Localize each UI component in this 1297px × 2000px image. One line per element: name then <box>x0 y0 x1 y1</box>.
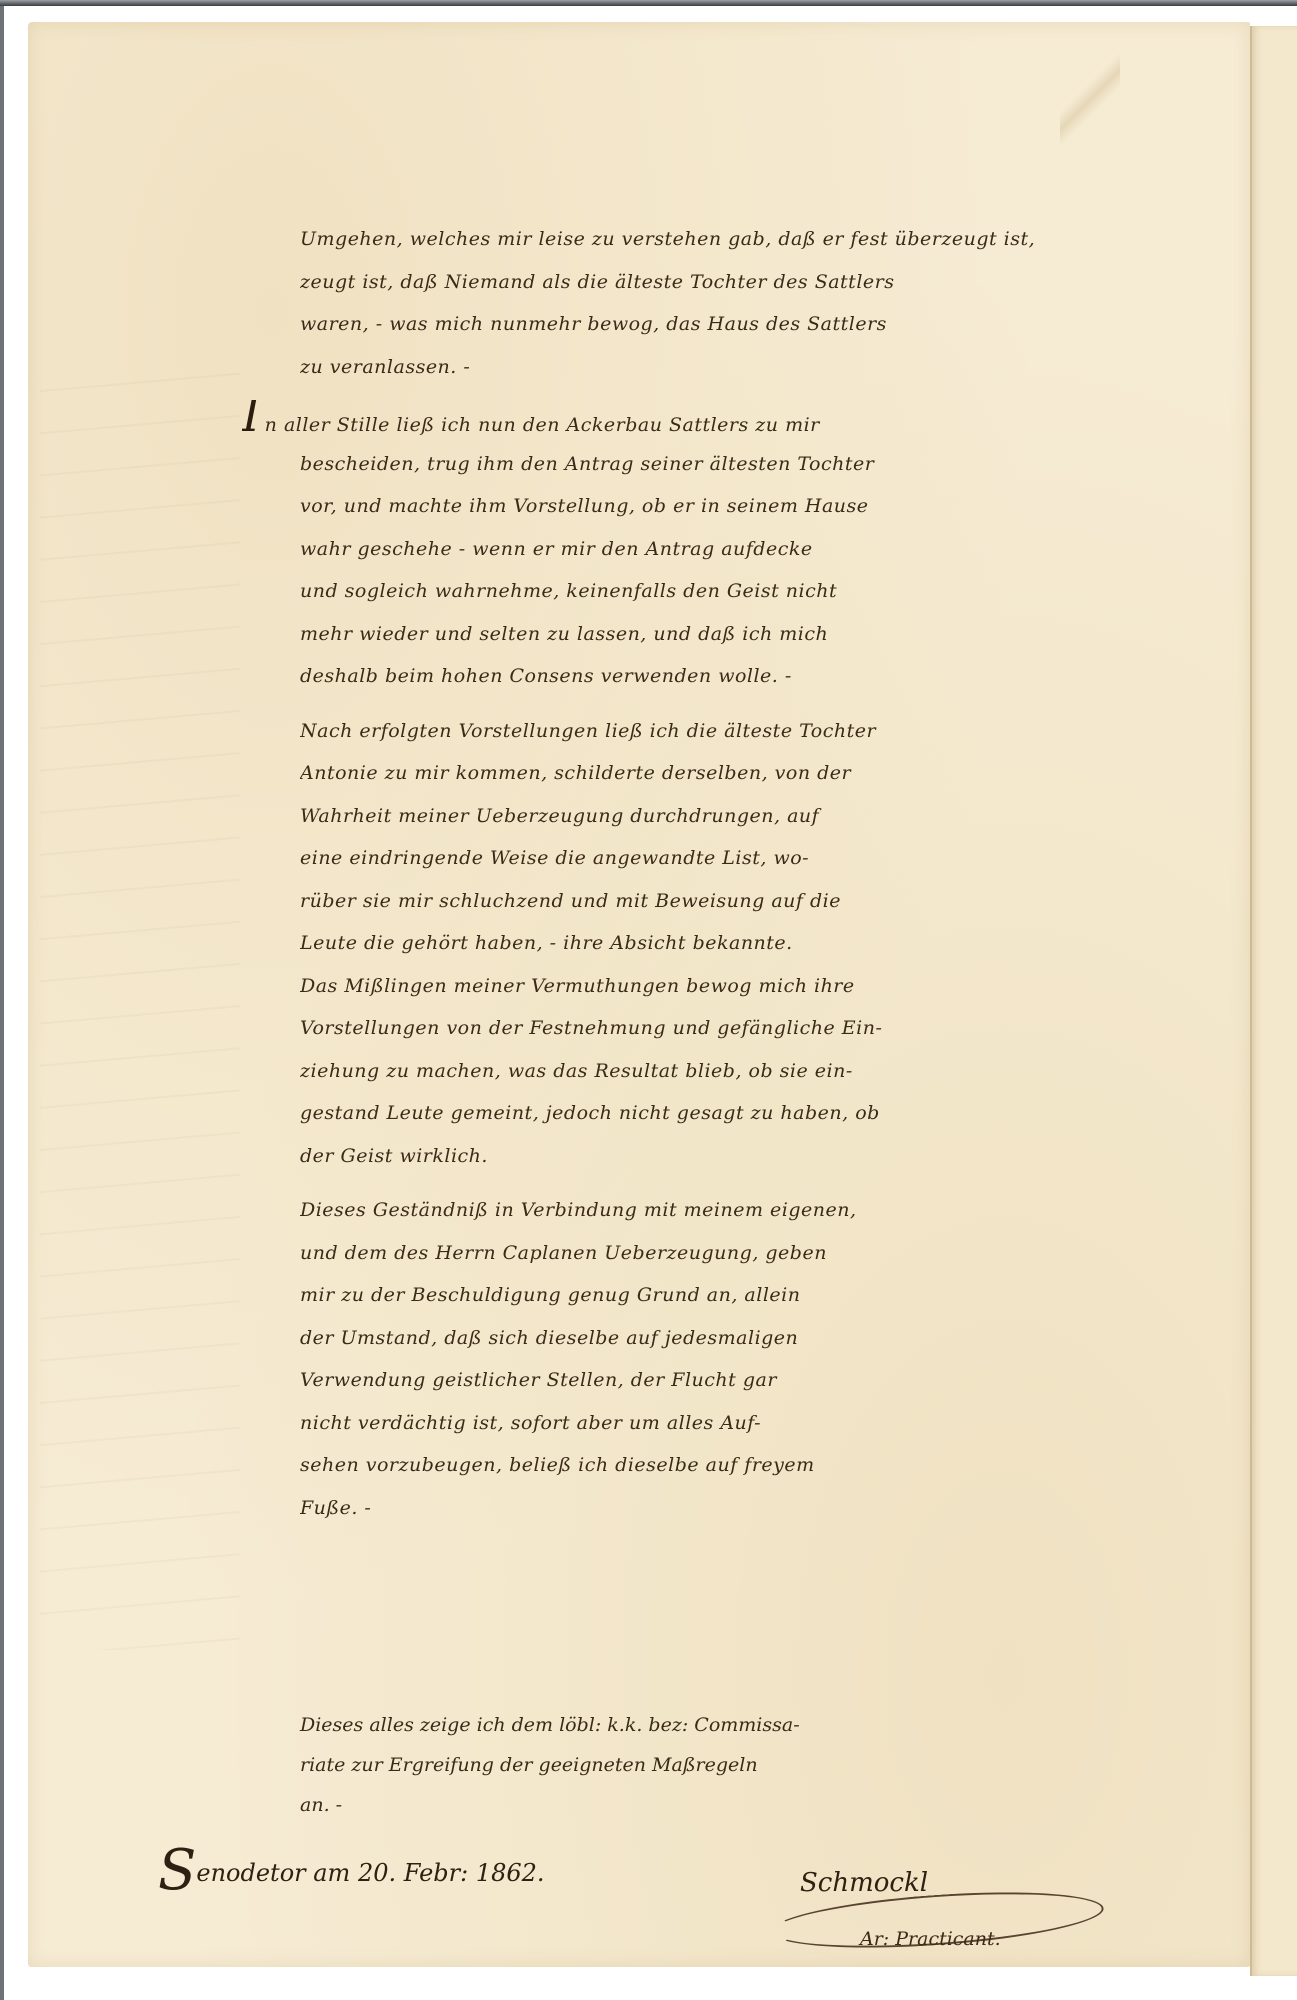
decorated-initial: I <box>242 400 261 430</box>
decorated-initial: S <box>158 1838 196 1903</box>
text-line: der Umstand, daß sich dieselbe auf jedes… <box>300 1317 1240 1360</box>
paragraph: Dieses Geständniß in Verbindung mit mein… <box>300 1189 1240 1529</box>
text-line: vor, und machte ihm Vorstellung, ob er i… <box>300 485 1240 528</box>
ink-bleed-through <box>40 350 240 1650</box>
text-line: Leute die gehört haben, - ihre Absicht b… <box>300 922 1240 965</box>
scanner-left-edge <box>0 6 4 2000</box>
paragraph: In aller Stille ließ ich nun den Ackerba… <box>300 400 1240 698</box>
signature: Schmockl <box>800 1868 928 1898</box>
text-line: sehen vorzubeugen, beließ ich dieselbe a… <box>300 1444 1240 1487</box>
text-line: In aller Stille ließ ich nun den Ackerba… <box>242 400 1240 443</box>
text-line-content: n aller Stille ließ ich nun den Ackerbau… <box>265 414 820 436</box>
text-line: mehr wieder und selten zu lassen, und da… <box>300 613 1240 656</box>
paragraph: Das Mißlingen meiner Vermuthungen bewog … <box>300 965 1240 1178</box>
text-line: Wahrheit meiner Ueberzeugung durchdrunge… <box>300 795 1240 838</box>
place-date-text: enodetor am 20. Febr: 1862. <box>196 1859 544 1887</box>
text-line: wahr geschehe - wenn er mir den Antrag a… <box>300 528 1240 571</box>
text-line: bescheiden, trug ihm den Antrag seiner ä… <box>300 443 1240 486</box>
text-line: gestand Leute gemeint, jedoch nicht gesa… <box>300 1092 1240 1135</box>
closing-paragraph: Dieses alles zeige ich dem löbl: k.k. be… <box>300 1705 1240 1825</box>
text-line: Nach erfolgten Vorstellungen ließ ich di… <box>300 710 1240 753</box>
text-line: Antonie zu mir kommen, schilderte dersel… <box>300 752 1240 795</box>
text-line: zu veranlassen. - <box>300 346 1240 389</box>
paragraph: Nach erfolgten Vorstellungen ließ ich di… <box>300 710 1240 965</box>
signature-title: Ar: Practicant. <box>860 1928 1001 1950</box>
text-line: Fuße. - <box>300 1487 1240 1530</box>
letter-body: Umgehen, welches mir leise zu verstehen … <box>300 218 1240 1529</box>
text-line: Dieses alles zeige ich dem löbl: k.k. be… <box>300 1705 1240 1745</box>
text-line: nicht verdächtig ist, sofort aber um all… <box>300 1402 1240 1445</box>
text-line: riate zur Ergreifung der geeigneten Maßr… <box>300 1745 1240 1785</box>
text-line: Vorstellungen von der Festnehmung und ge… <box>300 1007 1240 1050</box>
place-and-date: Senodetor am 20. Febr: 1862. <box>158 1838 545 1903</box>
text-line: Das Mißlingen meiner Vermuthungen bewog … <box>300 965 1240 1008</box>
text-line: Dieses Geständniß in Verbindung mit mein… <box>300 1189 1240 1232</box>
text-line: zeugt ist, daß Niemand als die älteste T… <box>300 261 1240 304</box>
paper-crease <box>1060 40 1120 160</box>
second-sheet-edge <box>1250 26 1297 1976</box>
text-line: der Geist wirklich. <box>300 1135 1240 1178</box>
text-line: deshalb beim hohen Consens verwenden wol… <box>300 655 1240 698</box>
text-line: und dem des Herrn Caplanen Ueberzeugung,… <box>300 1232 1240 1275</box>
text-line: mir zu der Beschuldigung genug Grund an,… <box>300 1274 1240 1317</box>
scanner-edge-bar <box>0 0 1297 6</box>
paragraph: Umgehen, welches mir leise zu verstehen … <box>300 218 1240 388</box>
text-line: und sogleich wahrnehme, keinenfalls den … <box>300 570 1240 613</box>
text-line: Umgehen, welches mir leise zu verstehen … <box>300 218 1240 261</box>
text-line: rüber sie mir schluchzend und mit Beweis… <box>300 880 1240 923</box>
text-line: ziehung zu machen, was das Resultat blie… <box>300 1050 1240 1093</box>
text-line: an. - <box>300 1785 1240 1825</box>
text-line: Verwendung geistlicher Stellen, der Fluc… <box>300 1359 1240 1402</box>
text-line: waren, - was mich nunmehr bewog, das Hau… <box>300 303 1240 346</box>
text-line: eine eindringende Weise die angewandte L… <box>300 837 1240 880</box>
